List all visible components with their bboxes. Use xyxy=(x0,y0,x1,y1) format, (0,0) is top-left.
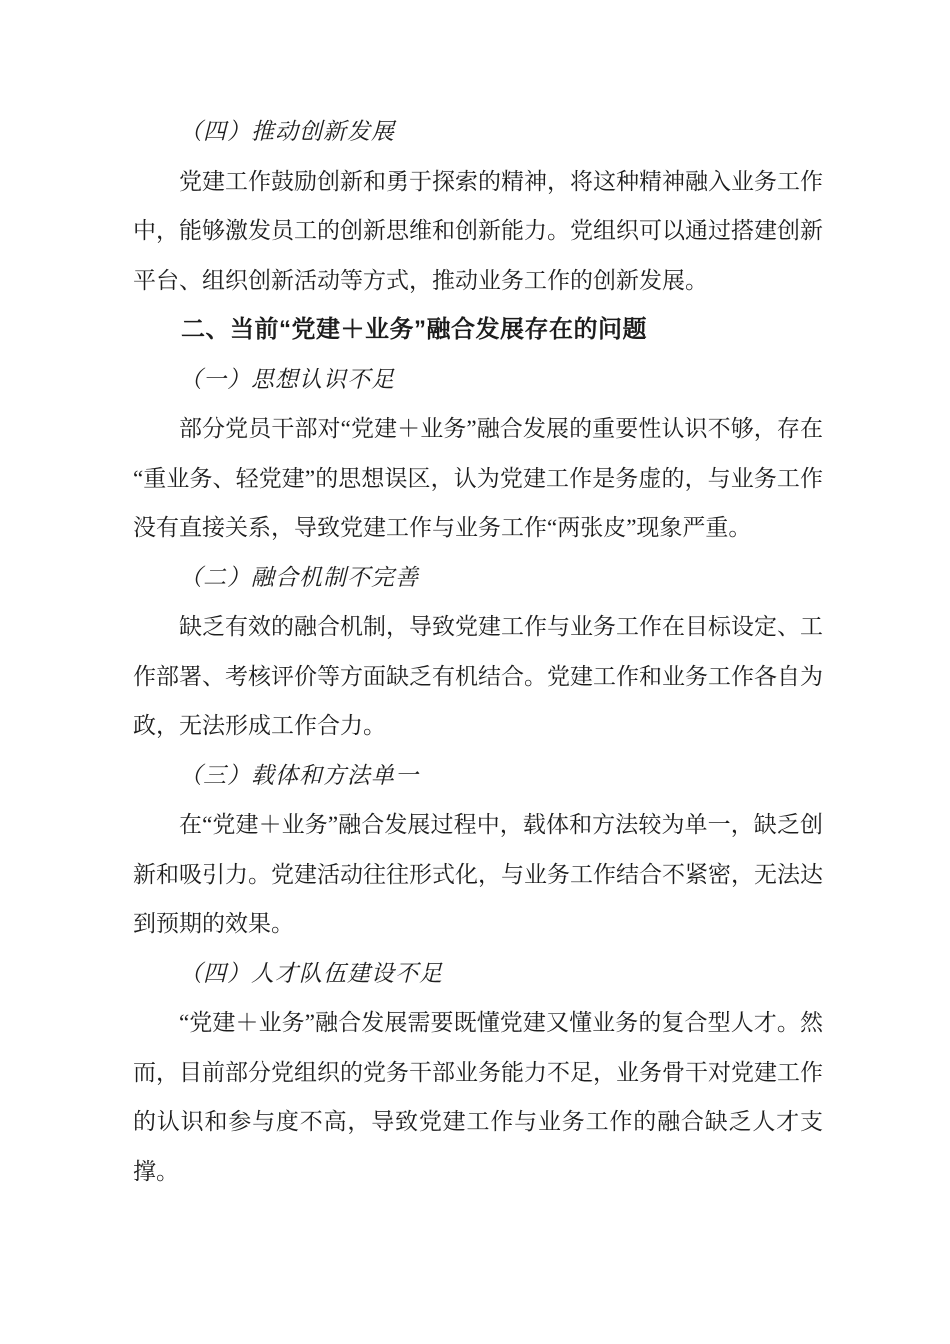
subheading-ideological-awareness: （一）思想认识不足 xyxy=(133,355,823,405)
subheading-talent-team: （四）人才队伍建设不足 xyxy=(133,949,823,999)
section-heading-current-problems: 二、当前“党建＋业务”融合发展存在的问题 xyxy=(133,305,823,355)
paragraph-talent-team: “党建＋业务”融合发展需要既懂党建又懂业务的复合型人才。然而，目前部分党组织的党… xyxy=(133,998,823,1196)
paragraph-promote-innovation: 党建工作鼓励创新和勇于探索的精神，将这种精神融入业务工作中，能够激发员工的创新思… xyxy=(133,157,823,306)
paragraph-carrier-and-method: 在“党建＋业务”融合发展过程中，载体和方法较为单一，缺乏创新和吸引力。党建活动往… xyxy=(133,800,823,949)
subheading-integration-mechanism: （二）融合机制不完善 xyxy=(133,553,823,603)
document-body: （四）推动创新发展 党建工作鼓励创新和勇于探索的精神，将这种精神融入业务工作中，… xyxy=(133,107,823,1196)
paragraph-ideological-awareness: 部分党员干部对“党建＋业务”融合发展的重要性认识不够，存在“重业务、轻党建”的思… xyxy=(133,404,823,553)
document-page: （四）推动创新发展 党建工作鼓励创新和勇于探索的精神，将这种精神融入业务工作中，… xyxy=(0,0,950,1344)
subheading-promote-innovation: （四）推动创新发展 xyxy=(133,107,823,157)
subheading-carrier-and-method: （三）载体和方法单一 xyxy=(133,751,823,801)
paragraph-integration-mechanism: 缺乏有效的融合机制，导致党建工作与业务工作在目标设定、工作部署、考核评价等方面缺… xyxy=(133,602,823,751)
